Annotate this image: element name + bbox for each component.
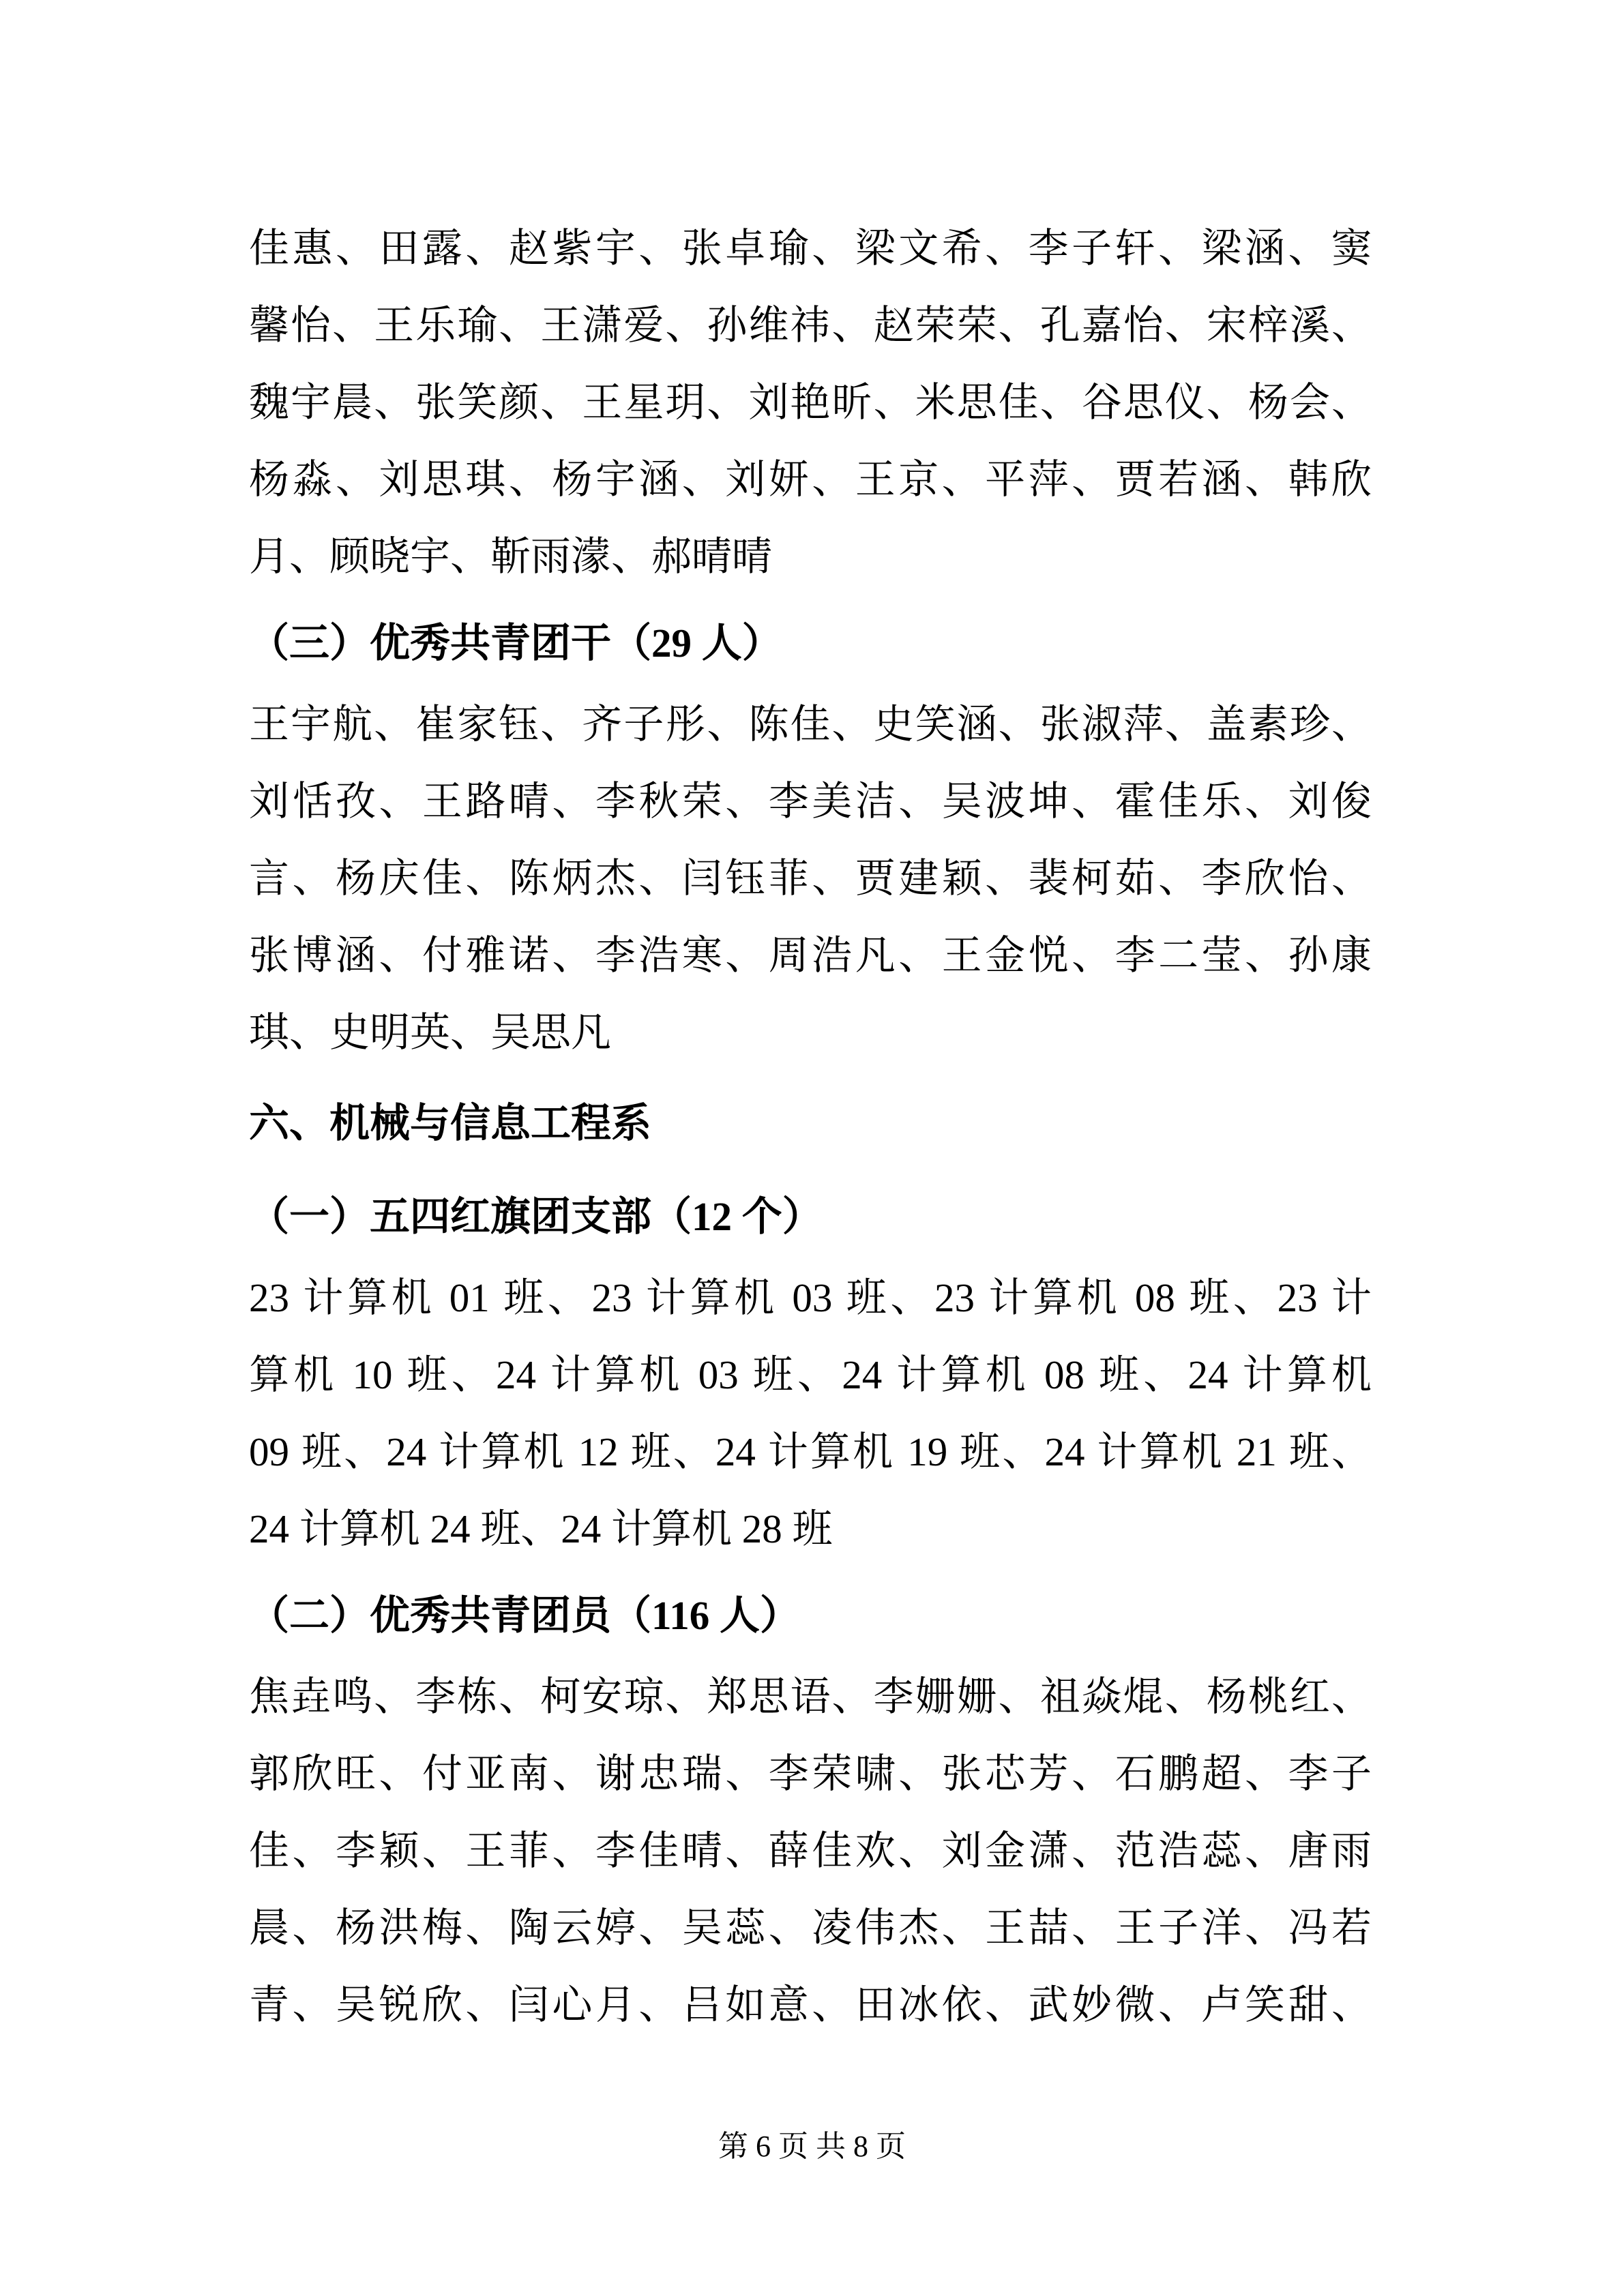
name-list-line: 佳惠、田露、赵紫宇、张卓瑜、梁文希、李子轩、梁涵、窦 xyxy=(249,210,1372,287)
name-list-line: 晨、杨洪梅、陶云婷、吴蕊、凌伟杰、王喆、王子洋、冯若 xyxy=(249,1890,1372,1967)
name-list-line: 月、顾晓宇、靳雨濛、郝晴晴 xyxy=(249,518,1372,595)
subsection-heading: （二）优秀共青团员（116 人） xyxy=(249,1577,1372,1654)
name-list-line: 23 计算机 01 班、23 计算机 03 班、23 计算机 08 班、23 计 xyxy=(249,1259,1372,1337)
name-list-line: 杨淼、刘思琪、杨宇涵、刘妍、王京、平萍、贾若涵、韩欣 xyxy=(249,441,1372,518)
name-list-line: 青、吴锐欣、闫心月、吕如意、田冰依、武妙微、卢笑甜、 xyxy=(249,1967,1372,2044)
name-list-line: 馨怡、王乐瑜、王潇爱、孙维祎、赵荣荣、孔嘉怡、宋梓溪、 xyxy=(249,287,1372,364)
subsection-heading: （三）优秀共青团干（29 人） xyxy=(249,605,1372,682)
subsection-heading: （一）五四红旗团支部（12 个） xyxy=(249,1178,1372,1255)
page-body-text: 佳惠、田露、赵紫宇、张卓瑜、梁文希、李子轩、梁涵、窦馨怡、王乐瑜、王潇爱、孙维祎… xyxy=(249,210,1372,2044)
document-page: 佳惠、田露、赵紫宇、张卓瑜、梁文希、李子轩、梁涵、窦馨怡、王乐瑜、王潇爱、孙维祎… xyxy=(0,0,1624,2296)
page-footer: 第 6 页 共 8 页 xyxy=(0,2126,1624,2167)
name-list-line: 佳、李颖、王菲、李佳晴、薛佳欢、刘金潇、范浩蕊、唐雨 xyxy=(249,1813,1372,1890)
name-list-line: 琪、史明英、吴思凡 xyxy=(249,994,1372,1071)
name-list-line: 09 班、24 计算机 12 班、24 计算机 19 班、24 计算机 21 班… xyxy=(249,1414,1372,1491)
name-list-line: 刘恬孜、王路晴、李秋荣、李美洁、吴波坤、霍佳乐、刘俊 xyxy=(249,763,1372,840)
name-list-line: 郭欣旺、付亚南、谢忠瑞、李荣啸、张芯芳、石鹏超、李子 xyxy=(249,1735,1372,1813)
name-list-line: 24 计算机 24 班、24 计算机 28 班 xyxy=(249,1491,1372,1568)
name-list-line: 魏宇晨、张笑颜、王星玥、刘艳昕、米思佳、谷思仪、杨会、 xyxy=(249,364,1372,441)
name-list-line: 焦垚鸣、李栋、柯安琼、郑思语、李姗姗、祖焱焜、杨桃红、 xyxy=(249,1658,1372,1735)
name-list-line: 王宇航、崔家钰、齐子彤、陈佳、史笑涵、张淑萍、盖素珍、 xyxy=(249,686,1372,763)
name-list-line: 张博涵、付雅诺、李浩寒、周浩凡、王金悦、李二莹、孙康 xyxy=(249,917,1372,994)
department-heading: 六、机械与信息工程系 xyxy=(249,1085,1372,1162)
name-list-line: 言、杨庆佳、陈炳杰、闫钰菲、贾建颖、裴柯茹、李欣怡、 xyxy=(249,840,1372,917)
page-number-text: 第 6 页 共 8 页 xyxy=(718,2130,906,2163)
name-list-line: 算机 10 班、24 计算机 03 班、24 计算机 08 班、24 计算机 xyxy=(249,1337,1372,1414)
